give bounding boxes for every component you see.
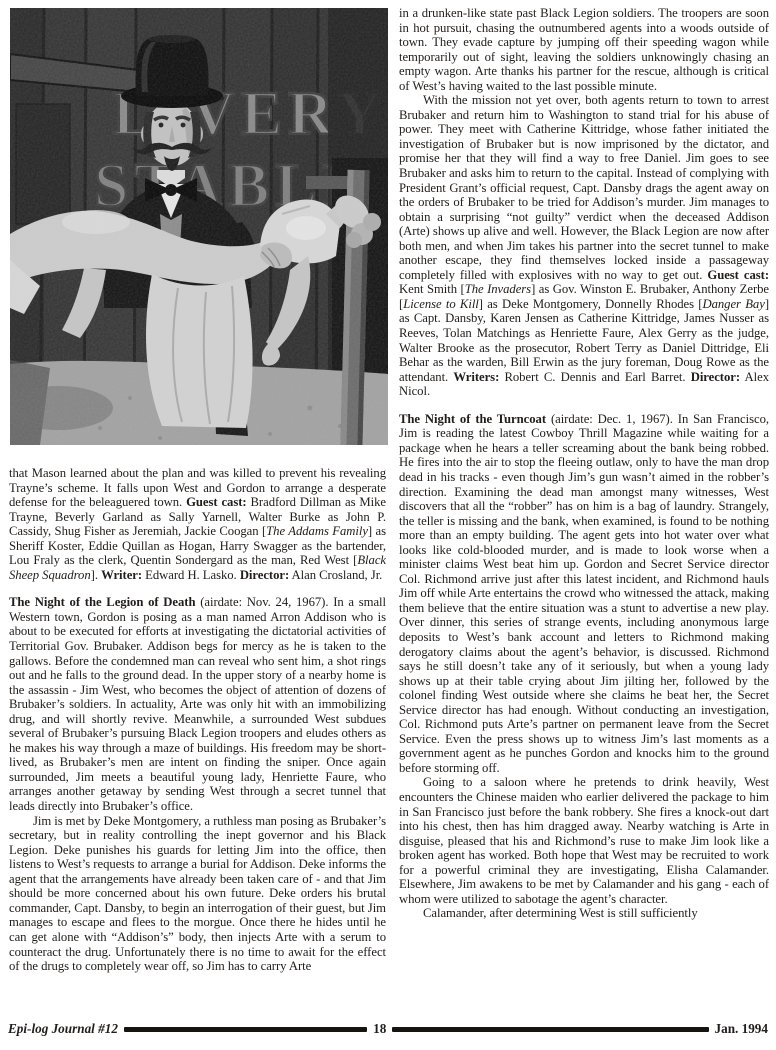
- episode-photo: LIVERY STABLE: [10, 8, 388, 445]
- photo-illustration: LIVERY STABLE: [10, 8, 388, 445]
- page-footer: Epi-log Journal #12 18 Jan. 1994: [8, 1019, 768, 1039]
- journal-title: Epi-log Journal #12: [8, 1021, 118, 1037]
- footer-rule-right: [392, 1027, 708, 1032]
- paragraph-trayne-conclusion: that Mason learned about the plan and wa…: [9, 466, 386, 582]
- page-number: 18: [373, 1021, 386, 1037]
- paragraph-mission-end: With the mission not yet over, both agen…: [399, 93, 769, 398]
- right-column: in a drunken-like state past Black Legio…: [399, 6, 769, 1016]
- film-grain-overlay: [10, 8, 388, 445]
- paragraph-legion-of-death: The Night of the Legion of Death (airdat…: [9, 595, 386, 813]
- left-column: that Mason learned about the plan and wa…: [9, 466, 386, 1018]
- paragraph-turncoat: The Night of the Turncoat (airdate: Dec.…: [399, 412, 769, 776]
- paragraph-legion-of-death-2: Jim is met by Deke Montgomery, a ruthles…: [9, 814, 386, 974]
- footer-rule-left: [124, 1027, 367, 1032]
- paragraph-escape-conclusion: in a drunken-like state past Black Legio…: [399, 6, 769, 93]
- issue-date: Jan. 1994: [715, 1021, 769, 1037]
- paragraph-turncoat-2: Going to a saloon where he pretends to d…: [399, 775, 769, 906]
- paragraph-turncoat-3: Calamander, after determining West is st…: [399, 906, 769, 921]
